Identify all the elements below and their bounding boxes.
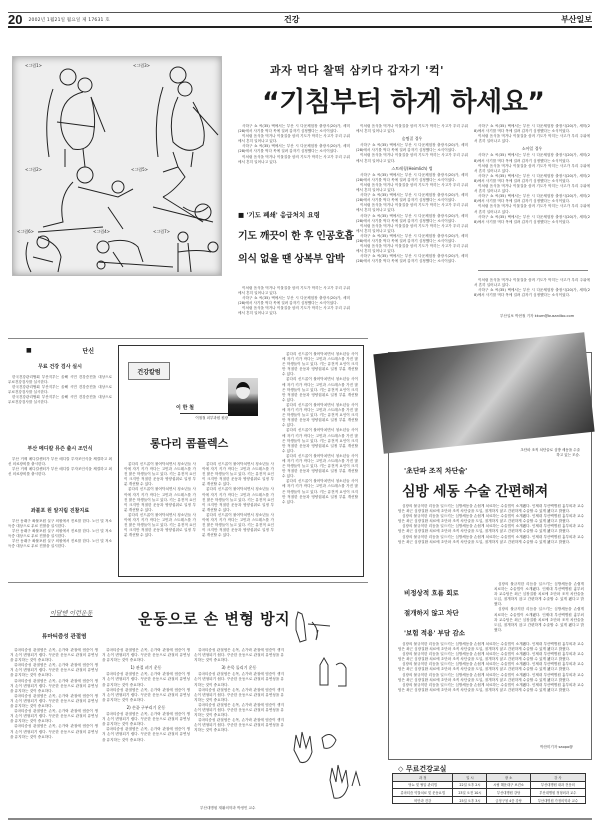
hand-exercise-icon: [290, 610, 370, 820]
surgery-headline: 심방 세동 수술 간편해져: [402, 481, 548, 501]
surgery-sideheads: 비정상적 흐름 회로 절개하지 않고 차단 '보험 적용' 부담 감소: [404, 588, 504, 648]
surgery-body-bottom: 심장의 불규칙한 리듬을 일으키는 심방세동을 손쉽게 치료하는 수술법이 소개…: [398, 642, 584, 742]
brief-body: 부산 거제 메디칼센터가 부산 메디칼 투자조인식을 체결하고 최신 의료장비를…: [8, 457, 112, 499]
surgery-body-top: 심장의 불규칙한 리듬을 일으키는 심방세동을 손쉽게 치료하는 수술법이 소개…: [398, 504, 584, 580]
series-label: 이달엔 이런운동: [50, 608, 92, 617]
article-body-col3b: 이처럼 음식을 먹거나 이물질을 삼켜 기도가 막히는 사고가 우리 주위에서 …: [474, 278, 590, 314]
first-aid-illustration: <그림1> <그림3> <그림2> <그림5> <그림6> <그림4> <그림7…: [12, 56, 222, 276]
brief-heading: 좌불포 원 알지림 진찰지료: [8, 507, 112, 514]
author-photo: [228, 378, 258, 416]
author-name: 이 한 철: [176, 404, 194, 411]
article-kicker: 과자 먹다 찰떡 삼키다 갑자기 '컥': [270, 62, 444, 78]
column-headline: 롱다리 콤플렉스: [150, 435, 228, 451]
brief-heading: 부산 메디칼 뮤즌 출시 조인식: [8, 445, 112, 452]
exercise-byline: 부산대병원 재활의학과 박정민 교수: [200, 806, 256, 811]
surgery-sidehead: 비정상적 흐름 회로: [404, 588, 504, 597]
exercise-body-col2: 류마티즘성 관절염은 손목, 손가락 관절에 염증이 생겨 손이 변형되기 쉽다…: [102, 648, 190, 812]
article-body-col1: 사하구 쇼 씨(35) 댁에서는 부산 시 다운체험장 출장시(20)가, 세미…: [238, 124, 350, 204]
surgery-kicker: '초단파 조직 차단술': [404, 466, 467, 476]
surgery-byline: 박찬미기자 saopo@: [540, 745, 573, 750]
author-title: 이철철 피부과원 원장: [180, 413, 228, 421]
table-row: 당뇨 및 혈압 관리법 22일 오후 2시 시립 해운대구 보건소 부산대병원 …: [393, 781, 586, 789]
article-sideheads: ■ '기도 폐쇄' 응급처치 요령 기도 깨끗이 한 후 인공호흡 의식 없을 …: [238, 210, 366, 273]
divider: [478, 270, 588, 271]
exercise-headline: 운동으로 손 변형 방지: [138, 608, 290, 629]
paper-name: 부산일보: [561, 14, 592, 25]
article-body-col3: 사하구 쇼 씨(35) 댁에서는 부산 시 다운체험장 출장시(20)가, 세미…: [474, 124, 590, 264]
sidehead-line1: 기도 깨끗이 한 후 인공호흡: [238, 227, 366, 242]
surgery-sidehead: 절개하지 않고 차단: [404, 608, 504, 617]
exercise-subhead: 류마티즘성 관절염: [42, 632, 86, 640]
table-row: 류마티즘 약물치료 및 운동요법 23일 오전 10시 부산대병원 강당 부산대…: [393, 789, 586, 797]
column-header: 강 사: [530, 774, 585, 782]
page-number: 20: [8, 13, 22, 27]
subhead: 스트레칭(Heimlich) 법: [356, 166, 468, 171]
lecture-table: 과 정 일 시 장 소 강 사 당뇨 및 혈압 관리법 22일 오후 2시 시립…: [392, 773, 586, 804]
divider: [8, 582, 368, 583]
surgery-sidehead: '보험 적용' 부담 감소: [404, 628, 504, 637]
brief-heading: 무료 건강 검사 실시: [8, 363, 112, 370]
dateline: 2002년 1월21일 월요일 제 17631 호: [28, 17, 109, 23]
surgery-body-side: 심장의 불규칙한 리듬을 일으키는 심방세동을 손쉽게 치료하는 수술법이 소개…: [494, 582, 584, 638]
first-aid-drawings-icon: [13, 57, 223, 277]
section-name: 건강: [284, 14, 299, 25]
article-body-col2: 이처럼 음식을 먹거나 이물질을 삼켜 기도가 막히는 사고가 우리 주위에서 …: [356, 124, 468, 334]
subhead: 소아일 경우: [474, 146, 590, 151]
column-header: 장 소: [487, 774, 530, 782]
divider: [8, 338, 368, 339]
column-body-col3: 롱다리 신드롬이 불어닥치면서 청소년들 사이에 자기 키가 작다는 고민과 스…: [282, 352, 358, 572]
brief-body: 한국건강관리협회 부산지부는 올해 시민 건강증진을 대상으로 무료건강검사를 …: [8, 375, 112, 437]
sidehead-bullet: ■ '기도 폐쇄' 응급처치 요령: [238, 210, 366, 219]
column-body-col1: 롱다리 신드롬이 불어닥치면서 청소년들 사이에 자기 키가 작다는 고민과 스…: [124, 462, 196, 572]
brief-news-icon: ■: [26, 347, 32, 354]
subhead: 숨찜질 경우: [356, 136, 468, 141]
exercise-body-col1: 류마티즘성 관절염은 손목, 손가락 관절에 염증이 생겨 손이 변형되기 쉽다…: [10, 648, 98, 812]
column-logo: 건강칼럼: [128, 362, 170, 380]
sidehead-line2: 의식 없을 땐 상복부 압박: [238, 250, 366, 265]
table-row: 비만과 건강 25일 오후 3시 금정구청 4층 강당 부산대병원 가정의학과 …: [393, 796, 586, 804]
brief-news-title: 단신: [82, 346, 94, 355]
brief-body: 부산 동래구 좌불포원 실구 의원에서 진료를 한다. 노인 및 저소득층 대상…: [8, 519, 112, 579]
brief-news: ■ 단신 무료 건강 검사 실시 한국건강관리협회 부산지부는 올해 시민 건강…: [8, 346, 112, 579]
exercise-body-col3: 류마티즘성 관절염은 손목, 손가락 관절에 염증이 생겨 손이 변형되기 쉽다…: [194, 648, 284, 804]
column-header: 일 시: [453, 774, 487, 782]
column-header: 과 정: [393, 774, 453, 782]
article-headline: “기침부터 하게 하세요”: [262, 80, 545, 119]
photo-caption: 초단파 조직 치단술로 심방 세동을 수술하고 있는 모습.: [520, 448, 580, 458]
bottom-rule: [8, 818, 592, 820]
masthead: 20 2002년 1월21일 월요일 제 17631 호 건강 부산일보: [8, 12, 592, 28]
article-byline: 부산일보 박현철 기자 kkum@busanilbo.com: [500, 314, 574, 319]
column-body-col2: 롱다리 신드롬이 불어닥치면서 청소년들 사이에 자기 키가 작다는 고민과 스…: [202, 462, 274, 572]
article-body-col1b: 이처럼 음식을 먹거나 이물질을 삼켜 기도가 막히는 사고가 우리 주위에서 …: [238, 286, 350, 332]
